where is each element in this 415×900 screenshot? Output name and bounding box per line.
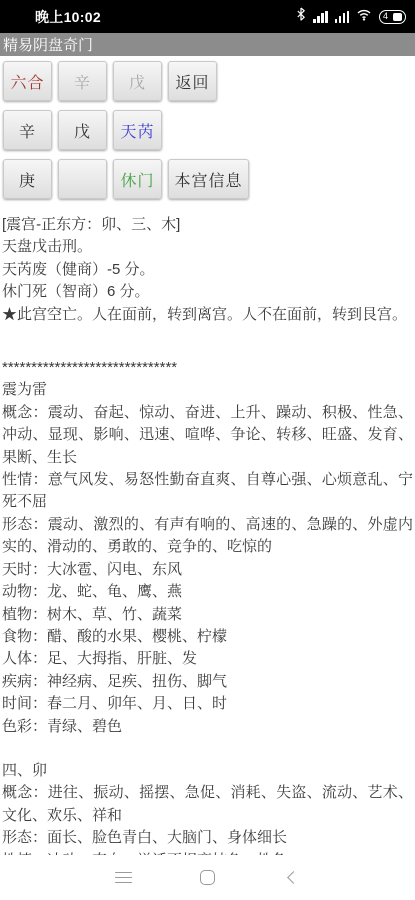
app-title: 精易阴盘奇门	[3, 34, 93, 55]
attr-animals: 动物：龙、蛇、龟、鹰、燕	[2, 581, 413, 603]
home-button[interactable]	[195, 865, 221, 891]
button-xin-top[interactable]: 辛	[58, 61, 107, 101]
wifi-icon	[356, 8, 372, 26]
menu-icon	[115, 868, 132, 886]
battery-level-text: 4	[383, 12, 388, 21]
button-liuhe[interactable]: 六合	[3, 61, 52, 101]
branch-concept: 概念：进往、振动、摇摆、急促、消耗、失盗、流动、艺术、文化、欢乐、祥和	[2, 782, 413, 827]
button-wu-top[interactable]: 戊	[113, 61, 162, 101]
title-bar: 精易阴盘奇门	[0, 33, 415, 56]
attr-body: 人体：足、大拇指、肝脏、发	[2, 648, 413, 670]
attr-weather: 天时：大冰雹、闪电、东风	[2, 559, 413, 581]
attr-disease: 疾病：神经病、足疾、扭伤、脚气	[2, 671, 413, 693]
attr-time: 时间：春二月、卯年、月、日、时	[2, 693, 413, 715]
clock-text: 晚上10:02	[35, 7, 101, 27]
attr-concept: 概念：震动、奋起、惊动、奋进、上升、躁动、积极、性急、冲动、显现、影响、迅速、喧…	[2, 402, 413, 469]
grid-row-1: 六合 辛 戊 返回	[3, 61, 415, 101]
button-wu-mid[interactable]: 戊	[58, 110, 107, 150]
button-geng[interactable]: 庚	[3, 159, 52, 199]
branch-form: 形态：面长、脸色青白、大脑门、身体细长	[2, 827, 413, 849]
attr-temperament: 性情：意气风发、易怒性勤奋直爽、自尊心强、心烦意乱、宁死不屈	[2, 469, 413, 514]
reading-content: [震宫-正东方：卯、三、木] 天盘戊击刑。 天芮废（健商）-5 分。 休门死（智…	[0, 208, 415, 872]
palace-line: 休门死（智商）6 分。	[2, 281, 413, 303]
hexagram-title: 震为雷	[2, 379, 413, 401]
button-xin-mid[interactable]: 辛	[3, 110, 52, 150]
button-blank[interactable]	[58, 159, 107, 199]
signal-icon-sim2	[335, 11, 350, 23]
palace-line: 天芮废（健商）-5 分。	[2, 259, 413, 281]
palace-button-grid: 六合 辛 戊 返回 辛 戊 天芮 庚 休门 本宫信息	[0, 56, 415, 199]
grid-row-2: 辛 戊 天芮	[3, 110, 415, 150]
palace-header: [震宫-正东方：卯、三、木]	[2, 214, 413, 236]
branch-title: 四、卯	[2, 760, 413, 782]
button-return[interactable]: 返回	[168, 61, 217, 101]
palace-line: ★此宫空亡。人在面前，转到离宫。人不在面前，转到艮宫。	[2, 304, 413, 326]
bluetooth-icon	[296, 7, 306, 26]
button-tianrui[interactable]: 天芮	[113, 110, 162, 150]
attr-plants: 植物：树木、草、竹、蔬菜	[2, 604, 413, 626]
grid-row-3: 庚 休门 本宫信息	[3, 159, 415, 199]
status-bar: 晚上10:02 4	[0, 0, 415, 33]
palace-line: 天盘戊击刑。	[2, 236, 413, 258]
signal-icon-sim1	[313, 11, 328, 23]
back-button[interactable]	[279, 865, 305, 891]
button-palace-info[interactable]: 本宫信息	[168, 159, 249, 199]
recents-button[interactable]	[111, 865, 137, 891]
attr-form: 形态：震动、激烈的、有声有响的、高速的、急躁的、外虚内实的、滑动的、勇敢的、竞争…	[2, 514, 413, 559]
button-xiumen[interactable]: 休门	[113, 159, 162, 199]
attr-color: 色彩：青绿、碧色	[2, 716, 413, 738]
home-icon	[200, 870, 215, 885]
back-icon	[287, 871, 300, 884]
section-divider: ******************************	[2, 357, 413, 379]
battery-icon: 4	[379, 10, 406, 24]
attr-food: 食物：醋、酸的水果、樱桃、柠檬	[2, 626, 413, 648]
battery-fill	[393, 13, 402, 21]
system-nav-bar	[0, 855, 415, 900]
